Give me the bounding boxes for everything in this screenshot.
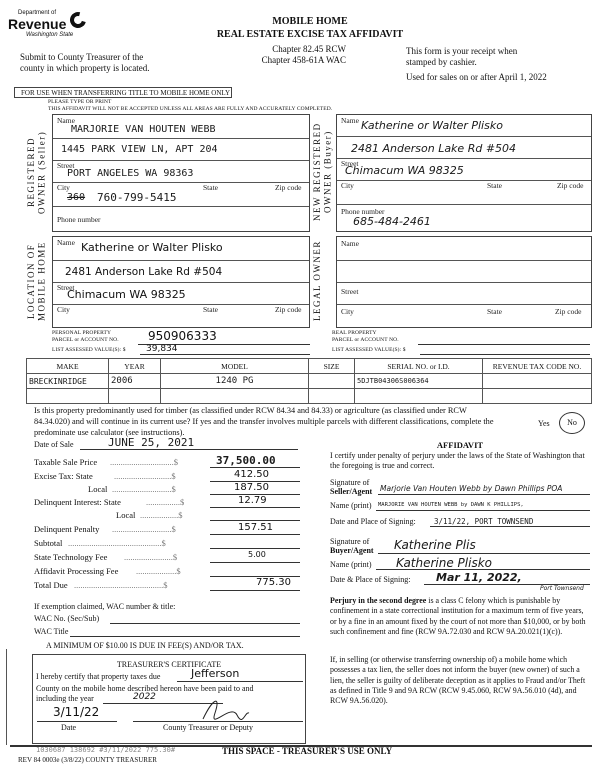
submit-note-2: county in which property is located.	[20, 63, 149, 73]
buyer-name-field[interactable]: Katherine or Walter Plisko	[361, 119, 503, 132]
tax-line: State Technology Fee ...................…	[34, 550, 300, 564]
wac-title-field[interactable]	[70, 636, 300, 637]
transfer-banner: FOR USE WHEN TRANSFERRING TITLE TO MOBIL…	[14, 87, 232, 98]
tax-line: Taxable Sale Price .....................…	[34, 455, 300, 470]
treasurer-cert-line1: I hereby certify that property taxes due	[36, 672, 160, 681]
buyer-sig-label-2: Buyer/Agent	[330, 546, 374, 555]
col-year: YEAR	[109, 359, 161, 374]
treasurer-year-field[interactable]: 2022	[133, 692, 156, 702]
legal-state-label: State	[487, 307, 502, 316]
tax-line: Delinquent Penalty .....................…	[34, 522, 300, 536]
real-parcel-label: PARCEL or ACCOUNT NO.	[332, 337, 399, 343]
seller-name-print-field[interactable]: MARJORIE VAN HOUTEN WEBB by DAWN K PHILL…	[378, 502, 524, 508]
acceptance-warning: THIS AFFIDAVIT WILL NOT BE ACCEPTED UNLE…	[48, 106, 332, 112]
serial-cell[interactable]	[355, 389, 483, 404]
treasurer-county-field[interactable]: Jefferson	[191, 667, 239, 680]
seller-name-print-label: Name (print)	[330, 501, 372, 510]
make-cell[interactable]: BRECKINRIDGE	[27, 374, 109, 389]
excise-local-label: Local	[88, 484, 107, 494]
buyer-name-label: Name	[341, 116, 359, 125]
real-property-label: REAL PROPERTY	[332, 330, 377, 336]
tax-lines: Taxable Sale Price .....................…	[34, 455, 300, 592]
buyer-place-field[interactable]: Port Townsend	[540, 585, 584, 592]
perjury-notice: Perjury in the second degree is a class …	[330, 596, 592, 637]
form-revision-id: REV 84 0003e (3/8/22) COUNTY TREASURER	[18, 756, 157, 764]
delinquent-interest-local-field[interactable]	[210, 520, 300, 521]
location-name-field[interactable]: Katherine or Walter Plisko	[81, 241, 223, 254]
wac-no-field[interactable]	[110, 623, 300, 624]
col-model: MODEL	[161, 359, 309, 374]
treasurer-use-only: THIS SPACE - TREASURER'S USE ONLY	[222, 746, 392, 756]
buyer-zip-label: Zip code	[557, 181, 583, 190]
dor-logo: Department of Revenue Washington State	[8, 10, 118, 44]
seller-date-place-field[interactable]: 3/11/22, PORT TOWNSEND	[434, 517, 533, 526]
treasurer-cert-line3: including the year	[36, 694, 94, 703]
affidavit-certify: I certify under penalty of perjury under…	[330, 451, 590, 471]
tech-fee-field[interactable]: 5.00	[248, 550, 266, 559]
tax-lien-notice: If, in selling (or otherwise transferrin…	[330, 655, 592, 706]
location-block: Name Katherine or Walter Plisko 2481 And…	[52, 236, 310, 328]
subtotal-label: Subtotal	[34, 538, 62, 548]
buyer-phone-field[interactable]: 685-484-2461	[353, 215, 431, 228]
wac-no-label: WAC No. (Sec/Sub)	[34, 614, 99, 623]
col-size: SIZE	[309, 359, 355, 374]
current-use-no-circled[interactable]: No	[559, 412, 585, 434]
revenue-code-cell[interactable]	[483, 374, 592, 389]
size-cell[interactable]	[309, 374, 355, 389]
treasurer-date-label: Date	[61, 723, 76, 732]
treasurer-sig-label: County Treasurer or Deputy	[163, 723, 253, 732]
date-of-sale-label: Date of Sale	[34, 440, 74, 449]
treasurer-cert-title: TREASURER'S CERTIFICATE	[33, 660, 305, 669]
location-name-label: Name	[57, 238, 75, 247]
seller-section-label: REGISTERED OWNER (Seller)	[26, 118, 50, 226]
form-title-2: REAL ESTATE EXCISE TAX AFFIDAVIT	[180, 29, 440, 40]
legal-name-label: Name	[341, 239, 359, 248]
buyer-sig-label-1: Signature of	[330, 537, 374, 546]
serial-cell[interactable]: 5DJTB04306S006364	[355, 374, 483, 389]
total-due-label: Total Due	[34, 580, 68, 590]
seller-signature-field[interactable]: Marjorie Van Houten Webb by Dawn Phillip…	[380, 484, 562, 493]
table-row: BRECKINRIDGE 2006 1240 PG 5DJTB04306S006…	[27, 374, 592, 389]
tech-fee-label: State Technology Fee	[34, 552, 107, 562]
size-cell[interactable]	[309, 389, 355, 404]
buyer-signature-field[interactable]: Katherine Plis	[394, 538, 476, 552]
excise-local-field[interactable]: 187.50	[234, 482, 269, 493]
treasurer-date-field[interactable]: 3/11/22	[53, 705, 99, 719]
location-street-field[interactable]: 2481 Anderson Lake Rd #504	[65, 266, 222, 278]
affidavit-title: AFFIDAVIT	[330, 440, 590, 450]
seller-city-label: City	[57, 183, 70, 192]
seller-street-field[interactable]: 1445 PARK VIEW LN, APT 204	[61, 144, 218, 155]
table-header-row: MAKE YEAR MODEL SIZE SERIAL NO. or I.D. …	[27, 359, 592, 374]
seller-phone-struck: 360	[67, 192, 85, 203]
legal-zip-label: Zip code	[555, 307, 581, 316]
seller-name-field[interactable]: MARJORIE VAN HOUTEN WEBB	[71, 124, 216, 135]
seller-phone-label: Phone number	[57, 215, 101, 224]
location-state-label: State	[203, 305, 218, 314]
current-use-yes[interactable]: Yes	[538, 419, 550, 428]
year-cell[interactable]	[109, 389, 161, 404]
chapter-wac: Chapter 458-61A WAC	[252, 55, 346, 65]
model-cell[interactable]: 1240 PG	[161, 374, 309, 389]
seller-block: Name MARJORIE VAN HOUTEN WEBB 1445 PARK …	[52, 114, 310, 232]
type-print-note: PLEASE TYPE OR PRINT	[48, 99, 111, 105]
make-cell[interactable]	[27, 389, 109, 404]
perjury-bold: Perjury in the second degree	[330, 596, 426, 605]
delinquent-interest-state-field[interactable]: 12.79	[238, 495, 267, 506]
seller-sig-label-1: Signature of	[330, 478, 372, 487]
delinquent-penalty-field[interactable]: 157.51	[238, 522, 273, 533]
revenue-code-cell[interactable]	[483, 389, 592, 404]
personal-parcel-field[interactable]: 950906333	[148, 329, 217, 343]
legal-owner-block: Name Street City State Zip code	[336, 236, 592, 328]
excise-state-field[interactable]: 412.50	[234, 469, 269, 480]
submit-note-1: Submit to County Treasurer of the	[20, 52, 143, 62]
exemption-label: If exemption claimed, WAC number & title…	[34, 602, 175, 611]
delinquent-penalty-label: Delinquent Penalty	[34, 524, 99, 534]
delinquent-interest-local-label: Local	[116, 510, 135, 520]
logo-state: Washington State	[26, 32, 73, 38]
sales-date-note: Used for sales on or after April 1, 2022	[406, 72, 547, 82]
col-revenue-code: REVENUE TAX CODE NO.	[483, 359, 592, 374]
real-assessed-field[interactable]	[420, 354, 590, 355]
buyer-date-place-label: Date & Place of Signing:	[330, 575, 410, 584]
personal-assessed-label: LIST ASSESSED VALUE(S): $	[52, 347, 126, 353]
col-make: MAKE	[27, 359, 109, 374]
buyer-name-print-label: Name (print)	[330, 560, 372, 569]
personal-parcel-label: PARCEL or ACCOUNT NO.	[52, 337, 119, 343]
mobile-home-table: MAKE YEAR MODEL SIZE SERIAL NO. or I.D. …	[26, 358, 592, 404]
year-cell[interactable]: 2006	[109, 374, 161, 389]
treasurer-certificate: TREASURER'S CERTIFICATE I hereby certify…	[32, 654, 306, 744]
form-title-1: MOBILE HOME	[200, 16, 420, 27]
buyer-city-state-zip-field[interactable]: Chimacum WA 98325	[345, 164, 464, 177]
location-section-label: LOCATION OF MOBILE HOME	[26, 236, 50, 326]
processing-fee-label: Affidavit Processing Fee	[34, 566, 118, 576]
tax-line: Affidavit Processing Fee ...............…	[34, 564, 300, 578]
dor-swirl-icon	[67, 9, 89, 31]
minimum-due-note: A MINIMUM OF $10.00 IS DUE IN FEE(S) AND…	[46, 641, 244, 650]
location-city-state-zip-field[interactable]: Chimacum WA 98325	[67, 288, 186, 301]
treasurer-signature-scribble	[193, 693, 253, 723]
buyer-date-field[interactable]: Mar 11, 2022,	[436, 571, 522, 584]
real-assessed-label: LIST ASSESSED VALUE(S): $	[332, 347, 406, 353]
receipt-note-2: stamped by cashier.	[406, 57, 477, 67]
seller-state-label: State	[203, 183, 218, 192]
subtotal-field[interactable]	[210, 548, 300, 549]
seller-phone-field[interactable]: 760-799-5415	[97, 191, 176, 204]
personal-property-label: PERSONAL PROPERTY	[52, 330, 111, 336]
date-of-sale-field[interactable]: JUNE 25, 2021	[108, 436, 194, 449]
taxable-price-label: Taxable Sale Price	[34, 457, 97, 467]
legal-city-label: City	[341, 307, 354, 316]
col-serial: SERIAL NO. or I.D.	[355, 359, 483, 374]
excise-state-label: Excise Tax: State	[34, 471, 93, 481]
location-zip-label: Zip code	[275, 305, 301, 314]
tax-line: Delinquent Interest: State .............…	[34, 496, 300, 509]
seller-zip-label: Zip code	[275, 183, 301, 192]
model-cell[interactable]	[161, 389, 309, 404]
buyer-state-label: State	[487, 181, 502, 190]
seller-date-place-label: Date and Place of Signing:	[330, 517, 416, 526]
delinquent-interest-state-label: Delinquent Interest: State	[34, 497, 121, 507]
buyer-block: Name Katherine or Walter Plisko 2481 And…	[336, 114, 592, 232]
cashier-stamp: 1030687 138692 #3/11/2022 775.30#	[36, 746, 175, 754]
tax-line: Local ..................$	[34, 509, 300, 522]
logo-revenue: Revenue	[8, 16, 66, 32]
buyer-section-label: NEW REGISTERED OWNER (Buyer)	[312, 118, 336, 226]
buyer-street-field[interactable]: 2481 Anderson Lake Rd #504	[351, 142, 516, 155]
table-row	[27, 389, 592, 404]
buyer-name-print-field[interactable]: Katherine Plisko	[396, 556, 492, 570]
taxable-price-field[interactable]: 37,500.00	[216, 454, 276, 467]
seller-sig-label-2: Seller/Agent	[330, 487, 372, 496]
buyer-city-label: City	[341, 181, 354, 190]
tax-line: Subtotal ...............................…	[34, 536, 300, 550]
real-parcel-field[interactable]	[418, 344, 590, 345]
wac-title-label: WAC Title	[34, 627, 68, 636]
chapter-rcw: Chapter 82.45 RCW	[262, 44, 346, 54]
personal-assessed-field[interactable]: 39,834	[146, 344, 178, 354]
current-use-question: Is this property predominantly used for …	[34, 405, 502, 438]
legal-street-label: Street	[341, 287, 359, 296]
legal-owner-section-label: LEGAL OWNER	[312, 236, 336, 326]
receipt-note-1: This form is your receipt when	[406, 46, 517, 56]
seller-city-state-zip-field[interactable]: PORT ANGELES WA 98363	[67, 168, 193, 179]
tax-line: Total Due ..............................…	[34, 578, 300, 592]
location-city-label: City	[57, 305, 70, 314]
total-due-field[interactable]: 775.30	[256, 577, 291, 588]
